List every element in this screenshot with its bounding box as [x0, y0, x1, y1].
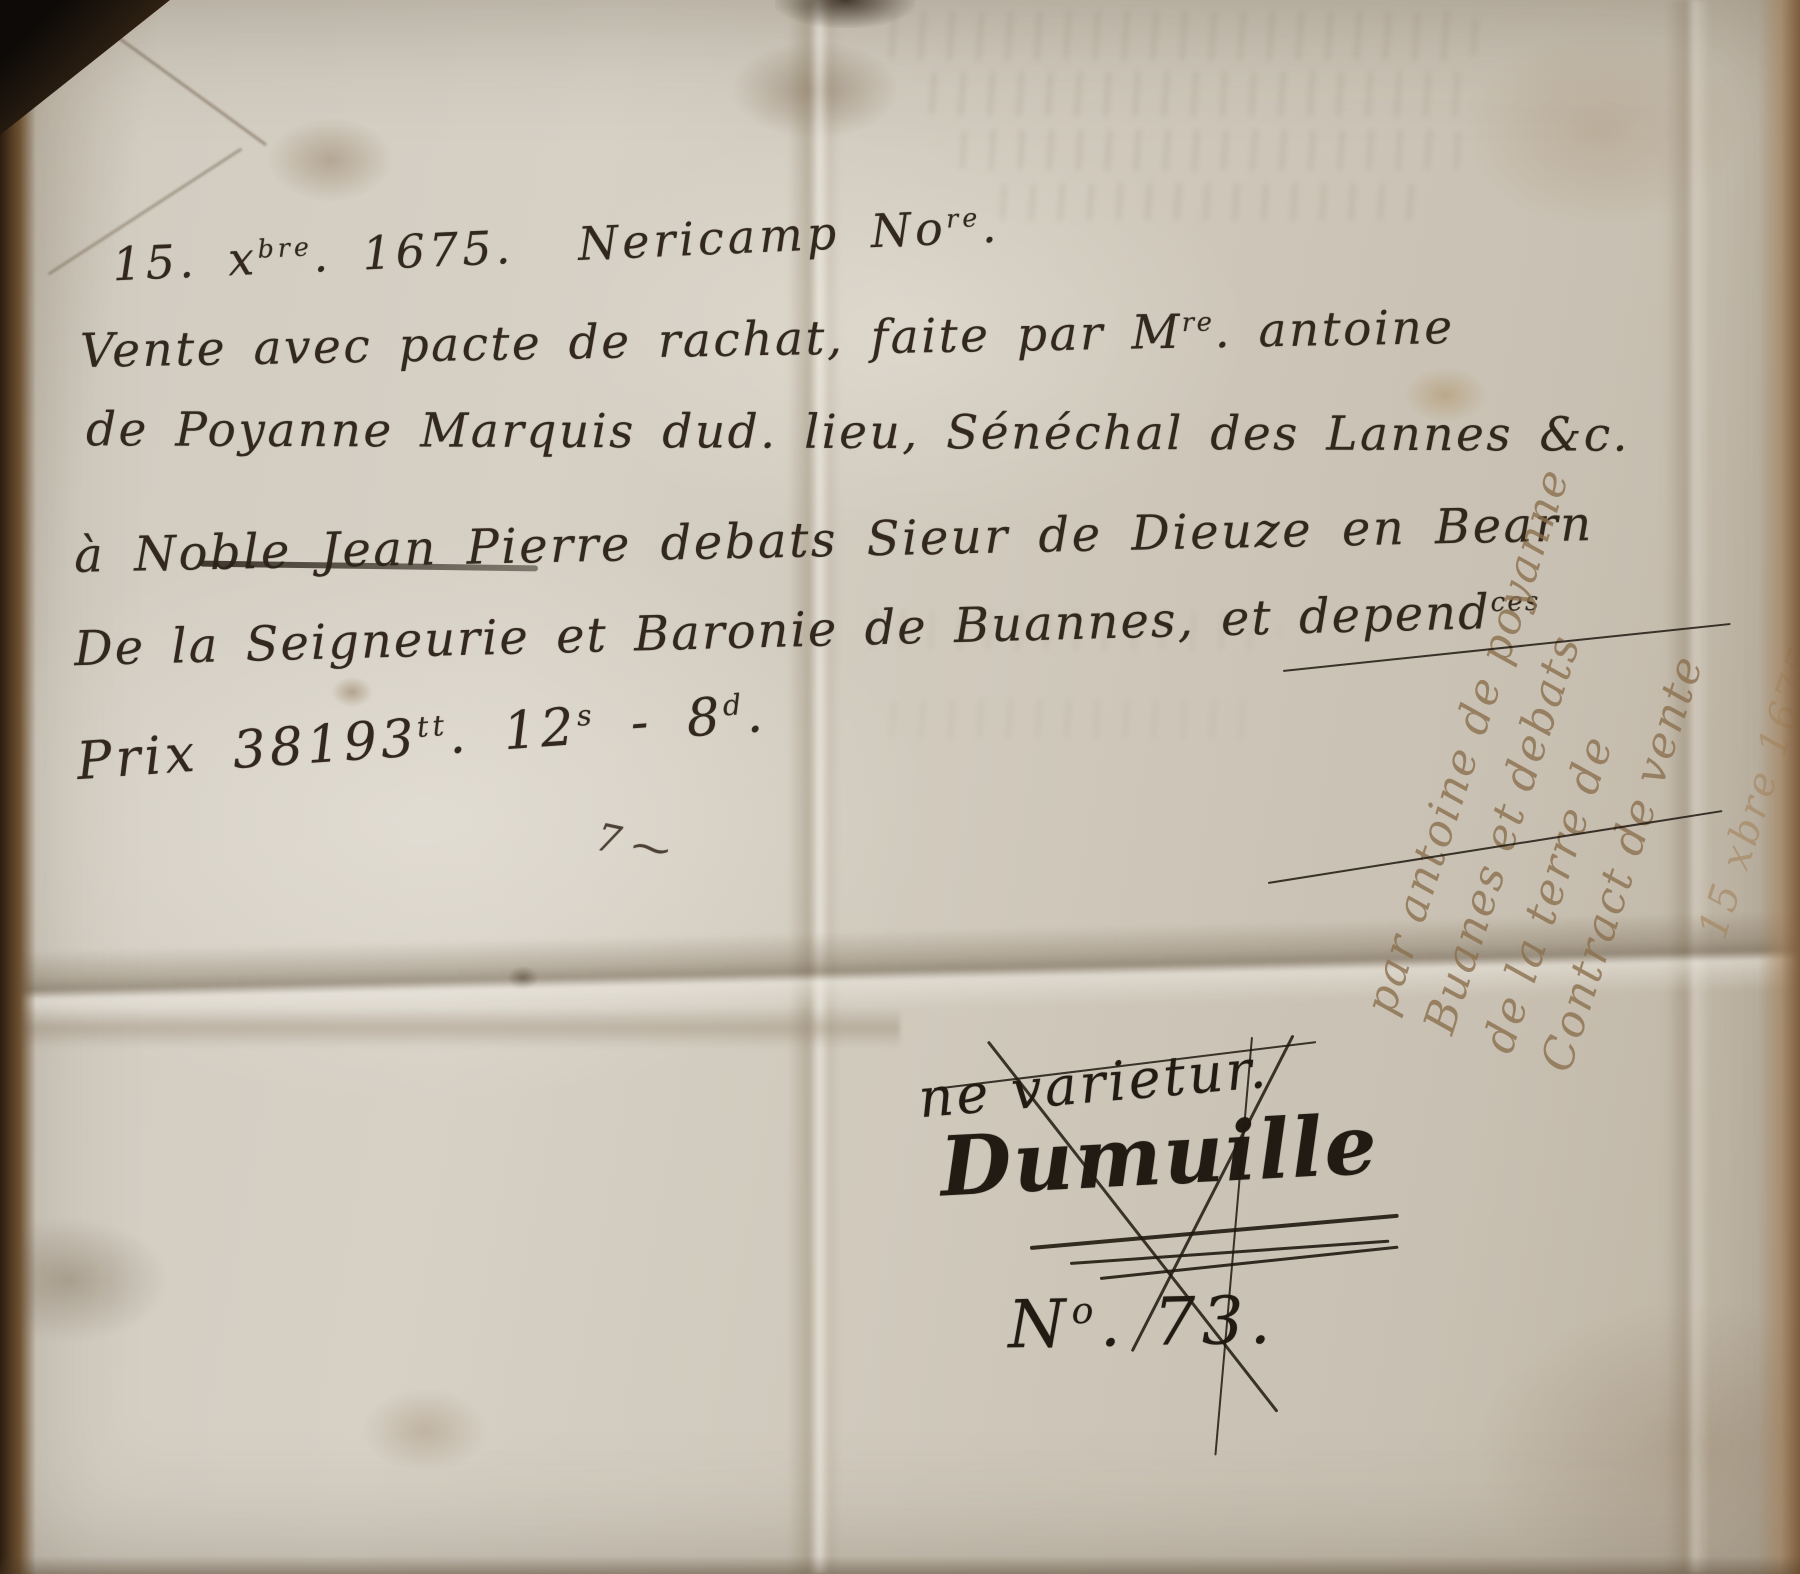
date-text: 15. x	[111, 231, 259, 291]
seigneurie-text: De la Seigneurie et Baronie de Buannes, …	[74, 584, 1492, 677]
notary-period: .	[980, 199, 1001, 254]
price-line: Prix 38193tt. 12s - 8d.	[75, 684, 769, 792]
top-edge-shadow	[775, 0, 915, 28]
poyanne-prefix: de	[86, 402, 176, 457]
sale-description-line: Vente avec pacte de rachat, faite par Mr…	[80, 300, 1455, 379]
vente-text: Vente avec pacte de rachat, faite par M	[80, 305, 1183, 379]
notary-superscript: re	[946, 203, 982, 234]
photo-edge-left	[0, 0, 36, 1574]
poyanne-name: Poyanne	[175, 403, 394, 459]
number-n: N	[1007, 1285, 1072, 1363]
ink-bleedthrough	[920, 72, 1480, 116]
sols-superscript: s	[576, 698, 597, 733]
ink-bleedthrough	[990, 184, 1430, 220]
vente-superscript: re	[1182, 308, 1215, 339]
vente-text-end: . antoine	[1214, 300, 1455, 359]
number-value: . 73.	[1099, 1282, 1277, 1362]
notary-name: Nericamp No	[577, 201, 948, 271]
stray-pen-mark: 7 ⁓	[592, 815, 674, 873]
price-amount: Prix 38193	[75, 708, 420, 792]
ink-bleedthrough	[880, 700, 1260, 738]
parchment-document-photo: 15. xbre. 1675.Nericamp Nore. Vente avec…	[0, 0, 1800, 1574]
poyanne-titles: Marquis dud. lieu, Sénéchal des Lannes &…	[394, 403, 1630, 462]
price-sols: . 12	[447, 697, 580, 766]
dark-corner-top-left	[0, 0, 170, 135]
number-superscript: o	[1071, 1289, 1100, 1332]
photo-edge-bottom	[0, 1556, 1800, 1574]
photo-edge-right	[1758, 0, 1800, 1574]
horizontal-fold-shadow-lower	[0, 1008, 900, 1048]
ink-bleedthrough	[950, 130, 1470, 170]
seller-title-line: de Poyanne Marquis dud. lieu, Sénéchal d…	[86, 402, 1630, 462]
date-and-notary-line: 15. xbre. 1675.Nericamp Nore.	[111, 199, 1001, 292]
deniers-superscript: d	[722, 687, 747, 722]
livres-superscript: tt	[416, 708, 449, 744]
price-deniers: - 8	[594, 687, 726, 756]
date-text-end: . 1675.	[312, 220, 515, 283]
document-number: No. 73.	[1007, 1282, 1277, 1364]
price-period: .	[744, 684, 769, 745]
date-superscript: bre	[257, 232, 313, 263]
ink-bleedthrough	[880, 12, 1480, 60]
